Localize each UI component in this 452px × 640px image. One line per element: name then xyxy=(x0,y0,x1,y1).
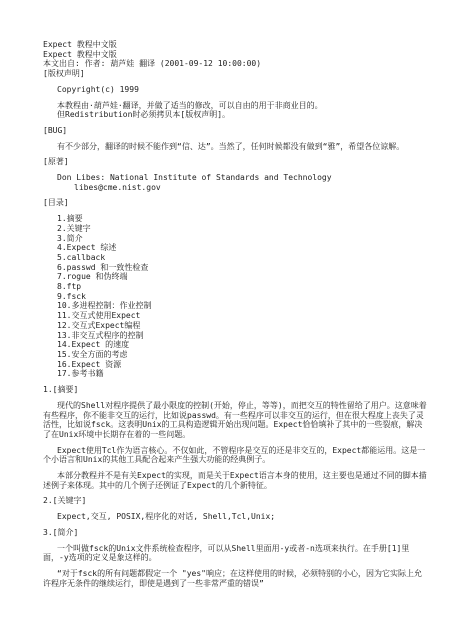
toc-item: 5.callback xyxy=(43,253,448,263)
author-line: Don Libes: National Institute of Standar… xyxy=(43,173,448,183)
copyright-body-line: 但Redistribution时必须拷贝本[版权声明]。 xyxy=(43,110,448,120)
section-2-heading: 2.[关键字] xyxy=(43,496,448,506)
document-page: Expect 教程中文版 Expect 教程中文版 本文出自: 作者: 葫芦娃 … xyxy=(0,0,452,640)
paragraph-line: 现代的Shell对程序提供了最小限度的控制(开始，停止，等等)，而把交互的特性留… xyxy=(43,401,448,411)
section-1-heading: 1.[摘要] xyxy=(43,385,448,395)
toc-item: 6.passwd 和一致性检查 xyxy=(43,263,448,273)
bug-body-line: 有不少部分，翻译的时候不能作到“信、达”。当然了，任何时候都没有做到“雅”，希望… xyxy=(43,142,448,152)
bug-heading: [BUG] xyxy=(43,126,448,136)
toc-item: 10.多进程控制：作业控制 xyxy=(43,301,448,311)
toc-item: 15.安全方面的考虑 xyxy=(43,350,448,360)
toc-item: 7.rogue 和伪终端 xyxy=(43,272,448,282)
quote-line: 许程序无条件的继续运行，即使是遇到了一些非常严重的错误” xyxy=(43,579,448,589)
toc-item: 1.摘要 xyxy=(43,214,448,224)
copyright-line: Copyright(c) 1999 xyxy=(43,85,448,95)
paragraph-line: 有些程序，你不能非交互的运行，比如说passwd。有一些程序可以非交互的运行，但… xyxy=(43,411,448,421)
copyright-notice-heading: [版权声明] xyxy=(43,69,448,79)
doc-title-line: Expect 教程中文版 xyxy=(43,50,448,60)
paragraph-line: 述例子来体现。其中的几个例子还例证了Expect的几个新特征。 xyxy=(43,481,448,491)
toc-item: 16.Expect 资源 xyxy=(43,360,448,370)
toc-item: 17.参考书籍 xyxy=(43,369,448,379)
toc-heading: [目录] xyxy=(43,198,448,208)
author-email: libes@cme.nist.gov xyxy=(43,183,448,193)
toc-item: 2.关键字 xyxy=(43,224,448,234)
keywords-line: Expect,交互, POSIX,程序化的对话, Shell,Tcl,Unix; xyxy=(43,512,448,522)
paragraph-line: 面，-y选项的定义是象这样的。 xyxy=(43,553,448,563)
doc-title-line: Expect 教程中文版 xyxy=(43,40,448,50)
toc-item: 11.交互式使用Expect xyxy=(43,311,448,321)
toc-item: 12.交互式Expect编程 xyxy=(43,321,448,331)
quote-line: “对于fsck的所有问题都假定一个 "yes"响应；在这样使用的时候，必须特别的… xyxy=(43,569,448,579)
toc-item: 4.Expect 综述 xyxy=(43,243,448,253)
toc-item: 8.ftp xyxy=(43,282,448,292)
paragraph-line: 一个叫做fsck的Unix文件系统检查程序，可以从Shell里面用-y或者-n选… xyxy=(43,544,448,554)
section-3-heading: 3.[简介] xyxy=(43,528,448,538)
copyright-body-line: 本教程由·葫芦娃·翻译，并做了适当的修改，可以自由的用于非商业目的。 xyxy=(43,101,448,111)
paragraph-line: 本部分教程并不是有关Expect的实现，而是关于Expect语言本身的使用，这主… xyxy=(43,471,448,481)
toc-item: 14.Expect 的速度 xyxy=(43,340,448,350)
paragraph-line: 个小语言和Unix的其他工具配合起来产生强大功能的经典例子。 xyxy=(43,455,448,465)
paragraph-line: 活性，比如说fsck。这表明Unix的工具构造逻辑开始出现问题。Expect恰恰… xyxy=(43,420,448,430)
original-author-heading: [原著] xyxy=(43,157,448,167)
byline: 本文出自: 作者: 葫芦娃 翻译 (2001-09-12 10:00:00) xyxy=(43,59,448,69)
paragraph-line: 了在Unix环境中长期存在着的一些问题。 xyxy=(43,430,448,440)
toc-item: 9.fsck xyxy=(43,292,448,302)
toc-item: 3.简介 xyxy=(43,234,448,244)
toc-item: 13.非交互式程序的控制 xyxy=(43,331,448,341)
paragraph-line: Expect使用Tcl作为语言核心。不仅如此，不管程序是交互的还是非交互的，Ex… xyxy=(43,446,448,456)
